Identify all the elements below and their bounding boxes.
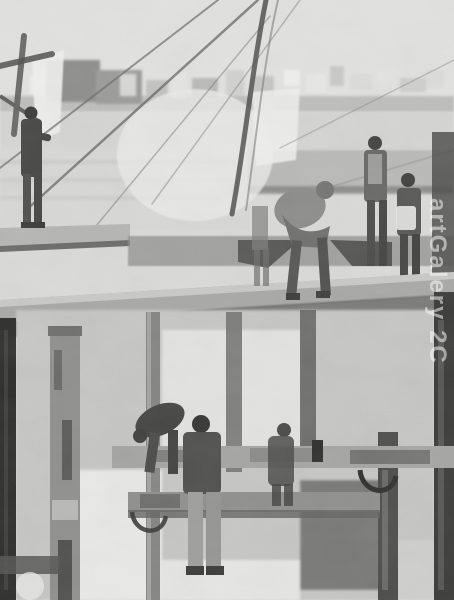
painting-canvas: artGalery 2C [0,0,454,600]
painting-reproduction: artGalery 2C [0,0,454,600]
grain-texture [0,0,454,600]
watermark-text: artGalery 2C [424,198,451,365]
